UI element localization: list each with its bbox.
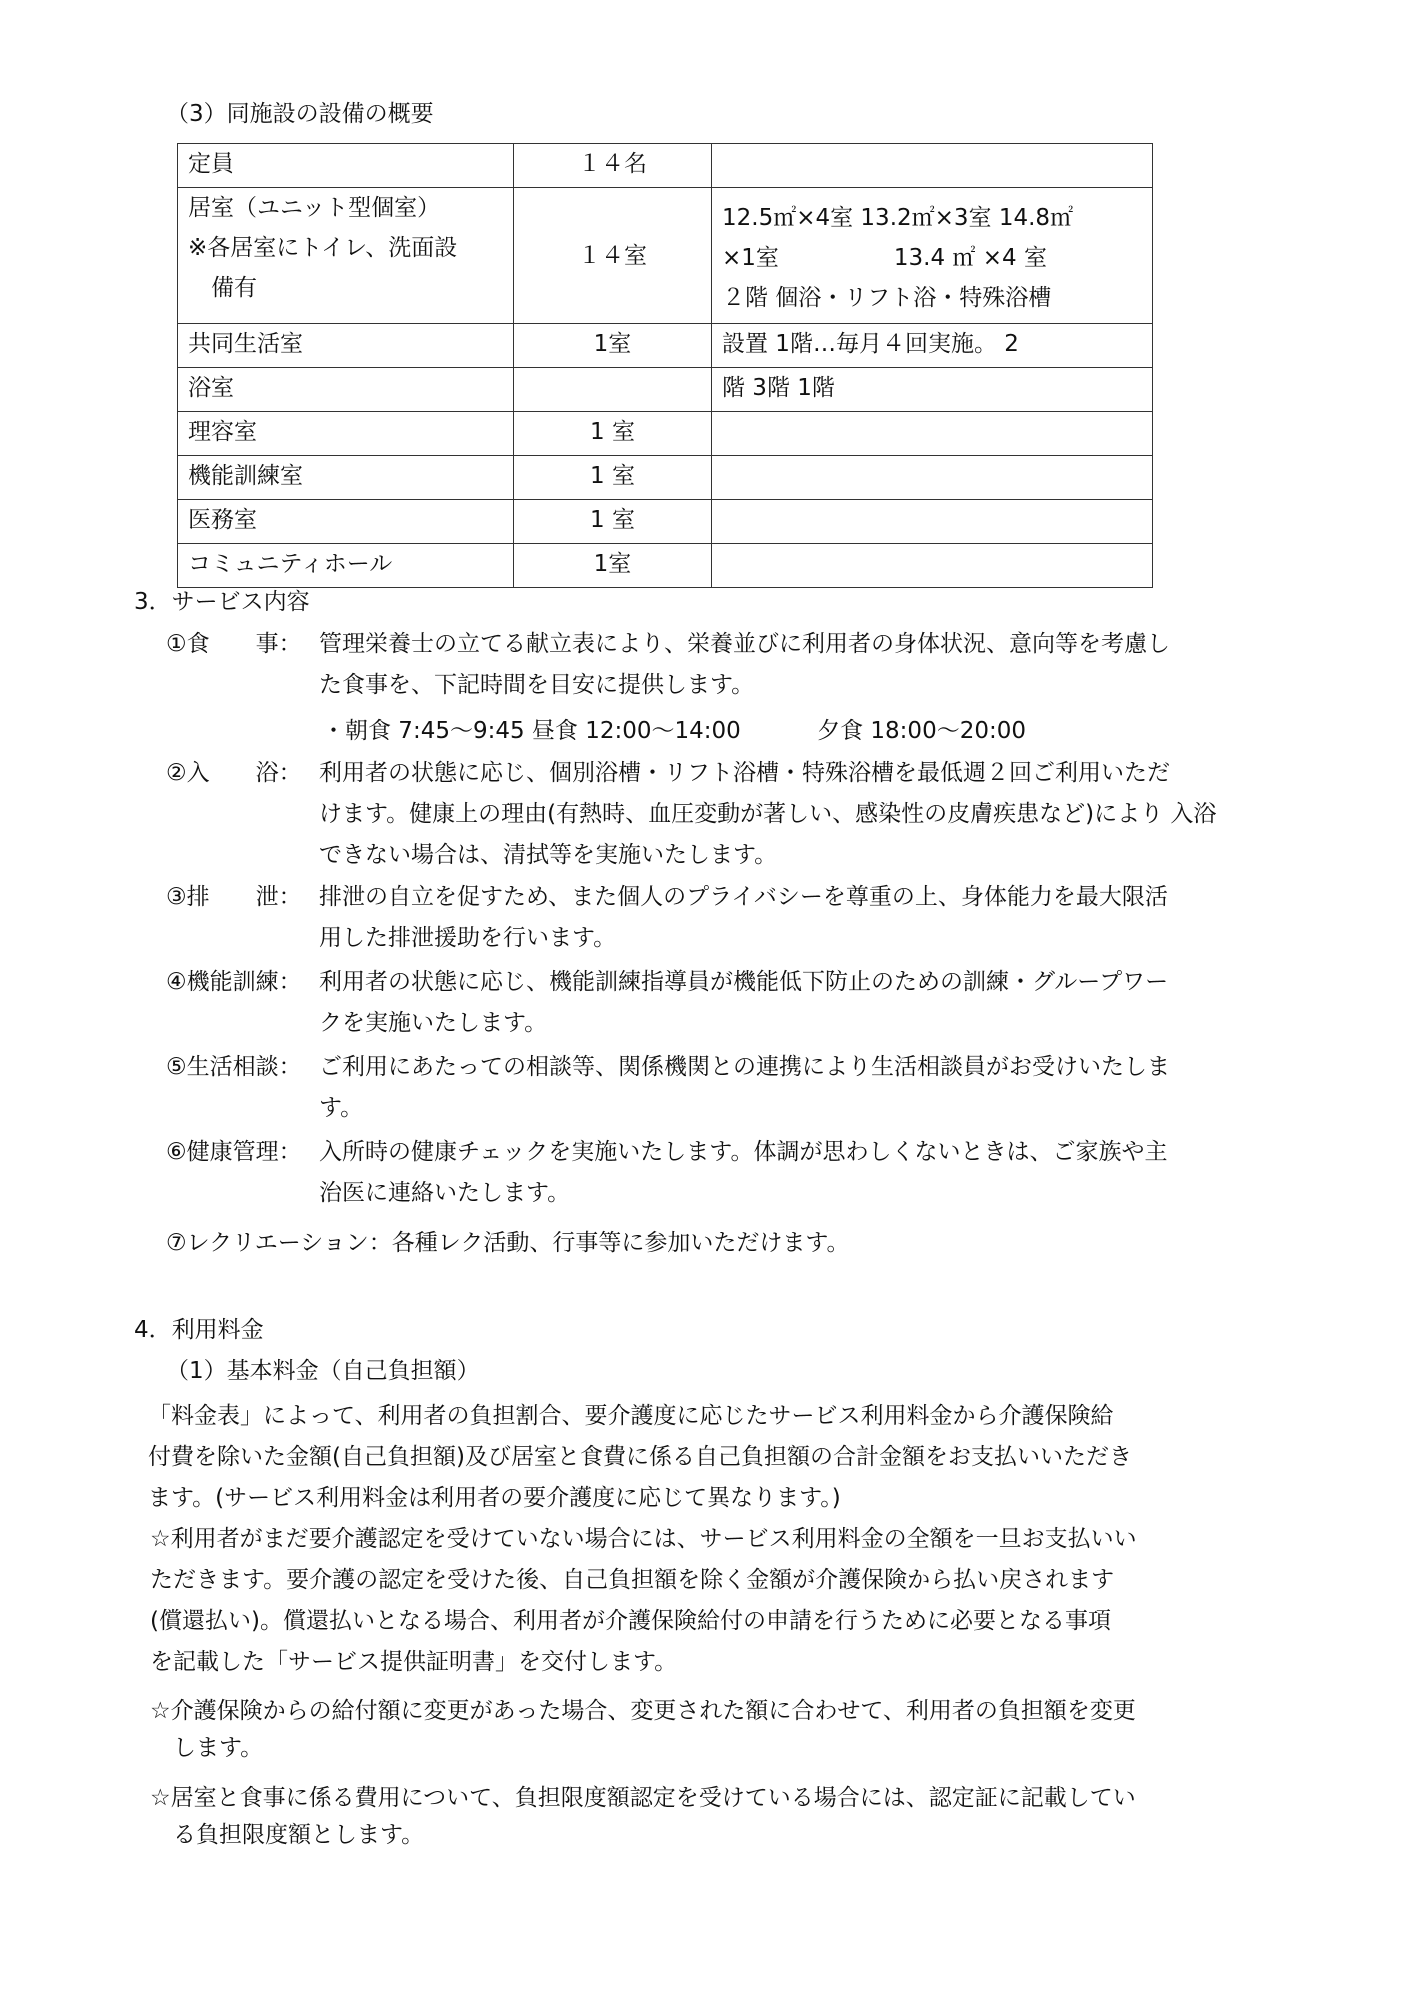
service-text-bathing: 利用者の状態に応じ、個別浴槽・リフト浴槽・特殊浴槽を最低週２回ご利用いただ けま… (319, 753, 1299, 876)
fee-paragraph-2: ☆利用者がまだ要介護認定を受けていない場合には、サービス利用料金の全額を一旦お支… (150, 1519, 1137, 1683)
cell-count: 1室 (514, 324, 712, 368)
cell-detail: 12.5㎡×4室 13.2㎡×3室 14.8㎡ ×1室 13.4 ㎡ ×4 室 … (712, 188, 1153, 324)
fee-paragraph-4: ☆居室と食事に係る費用について、負担限度額認定を受けている場合には、認定証に記載… (150, 1780, 1136, 1854)
service-text-health: 入所時の健康チェックを実施いたします。体調が思わしくないときは、ご家族や主 治医… (319, 1132, 1299, 1214)
table-row: 浴室 階 3階 1階 (178, 368, 1153, 412)
cell-name: 定員 (178, 144, 514, 188)
cell-detail: 設置 1階…毎月４回実施。 2 (712, 324, 1153, 368)
fee-paragraph-1: 「料金表」によって、利用者の負担割合、要介護度に応じたサービス利用料金から介護保… (148, 1396, 1132, 1519)
section4-heading: 4．利用料金 (134, 1316, 264, 1344)
facility-table: 定員 １４名 居室（ユニット型個室） ※各居室にトイレ、洗面設 備有 １４室 1… (177, 143, 1153, 588)
cell-count: 1室 (514, 544, 712, 588)
section3-heading: 3．サービス内容 (134, 588, 310, 616)
table-row: 共同生活室 1室 設置 1階…毎月４回実施。 2 (178, 324, 1153, 368)
service-text-consultation: ご利用にあたっての相談等、関係機関との連携により生活相談員がお受けいたしま す。 (319, 1047, 1299, 1129)
cell-name: 共同生活室 (178, 324, 514, 368)
service-label-bathing: ②入 浴： (166, 759, 302, 787)
cell-count: 1 室 (514, 412, 712, 456)
cell-detail (712, 412, 1153, 456)
table-row: コミュニティホール 1室 (178, 544, 1153, 588)
cell-detail (712, 500, 1153, 544)
fee-paragraph-3: ☆介護保険からの給付額に変更があった場合、変更された額に合わせて、利用者の負担額… (150, 1693, 1136, 1767)
table-row: 居室（ユニット型個室） ※各居室にトイレ、洗面設 備有 １４室 12.5㎡×4室… (178, 188, 1153, 324)
service-label-excretion: ③排 泄： (166, 883, 302, 911)
cell-name: 浴室 (178, 368, 514, 412)
cell-detail (712, 544, 1153, 588)
service-recreation: ⑦レクリエーション：各種レク活動、行事等に参加いただけます。 (166, 1229, 849, 1257)
section4-subheading: （1）基本料金（自己負担額） (166, 1357, 480, 1385)
cell-name: 理容室 (178, 412, 514, 456)
cell-count: １４室 (514, 188, 712, 324)
meal-times: ・朝食 7:45〜9:45 昼食 12:00〜14:00 夕食 18:00〜20… (322, 717, 1026, 745)
cell-detail: 階 3階 1階 (712, 368, 1153, 412)
service-text-training: 利用者の状態に応じ、機能訓練指導員が機能低下防止のための訓練・グループワー クを… (319, 962, 1299, 1044)
cell-count: 1 室 (514, 500, 712, 544)
service-text-meals: 管理栄養士の立てる献立表により、栄養並びに利用者の身体状況、意向等を考慮し た食… (319, 624, 1299, 706)
cell-count (514, 368, 712, 412)
table-row: 定員 １４名 (178, 144, 1153, 188)
table-row: 理容室 1 室 (178, 412, 1153, 456)
service-label-health: ⑥健康管理： (166, 1138, 302, 1166)
cell-detail (712, 456, 1153, 500)
cell-name: コミュニティホール (178, 544, 514, 588)
cell-name: 居室（ユニット型個室） ※各居室にトイレ、洗面設 備有 (178, 188, 514, 324)
table-row: 医務室 1 室 (178, 500, 1153, 544)
facility-heading: （3）同施設の設備の概要 (166, 100, 434, 128)
service-label-training: ④機能訓練： (166, 968, 302, 996)
cell-detail (712, 144, 1153, 188)
cell-count: １４名 (514, 144, 712, 188)
cell-name: 医務室 (178, 500, 514, 544)
cell-name: 機能訓練室 (178, 456, 514, 500)
service-label-meals: ①食 事： (166, 630, 302, 658)
service-text-excretion: 排泄の自立を促すため、また個人のプライバシーを尊重の上、身体能力を最大限活 用し… (319, 877, 1299, 959)
cell-count: 1 室 (514, 456, 712, 500)
service-label-consultation: ⑤生活相談： (166, 1053, 302, 1081)
table-row: 機能訓練室 1 室 (178, 456, 1153, 500)
